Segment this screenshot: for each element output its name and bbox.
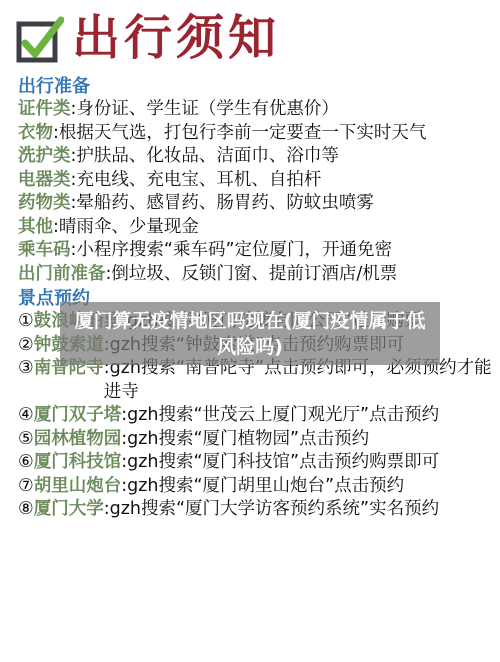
prep-item: 衣物:根据天气选，打包行李前一定要查一下实时天气 [18,122,500,146]
item-number: ③ [18,357,34,404]
prep-value: :小程序搜索“乘车码”定位厦门，开通免密 [71,240,393,260]
attraction-label: 胡里山炮台 [34,475,122,499]
prep-item: 药物类:晕船药、感冒药、肠胃药、防蚊虫喷雾 [18,192,500,216]
caption-overlay: 厦门算无疫情地区吗现在(厦门疫情属于低风险吗) [60,302,440,365]
attraction-value: :gzh搜索“厦门胡里山炮台”点击预约 [121,475,500,499]
attraction-value: :gzh搜索“厦门大学访客预约系统”实名预约 [104,498,500,522]
caption-text: 厦门算无疫情地区吗现在(厦门疫情属于低风险吗) [68,308,432,360]
attraction-item: ⑥厦门科技馆:gzh搜索“厦门科技馆”点击预约购票即可 [18,451,500,475]
item-number: ④ [18,404,34,428]
header: 出行须知 [0,0,500,72]
prep-value: :倒垃圾、反锁门窗、提前订酒店/机票 [106,264,398,284]
item-number: ⑦ [18,475,34,499]
prep-item: 其他:晴雨伞、少量现金 [18,216,500,240]
attraction-item: ⑤园林植物园:gzh搜索“厦门植物园”点击预约 [18,428,500,452]
prep-item: 出门前准备:倒垃圾、反锁门窗、提前订酒店/机票 [18,263,500,287]
attraction-label: 园林植物园 [34,428,122,452]
prep-value: :充电线、充电宝、耳机、自拍杆 [71,170,322,190]
prep-label: 证件类 [18,99,71,119]
prep-label: 衣物 [18,123,53,143]
content: 出行准备 证件类:身份证、学生证（学生有优惠价） 衣物:根据天气选，打包行李前一… [18,76,500,522]
prep-item: 证件类:身份证、学生证（学生有优惠价） [18,98,500,122]
item-number: ① [18,310,34,334]
attraction-label: 厦门大学 [34,498,104,522]
checkbox-checked-icon [16,16,64,64]
prep-item: 电器类:充电线、充电宝、耳机、自拍杆 [18,169,500,193]
prep-label: 洗护类 [18,146,71,166]
prep-value: :晴雨伞、少量现金 [53,217,199,237]
prep-value: :晕船药、感冒药、肠胃药、防蚊虫喷雾 [71,193,374,213]
prep-item: 乘车码:小程序搜索“乘车码”定位厦门，开通免密 [18,239,500,263]
prep-value: :根据天气选，打包行李前一定要查一下实时天气 [53,123,426,143]
item-number: ⑧ [18,498,34,522]
prep-label: 乘车码 [18,240,71,260]
attraction-value: :gzh搜索“厦门科技馆”点击预约购票即可 [121,451,500,475]
section-title-travel-prep: 出行准备 [18,76,500,98]
page-title: 出行须知 [72,10,280,66]
attraction-label: 厦门双子塔 [34,404,122,428]
item-number: ② [18,334,34,358]
prep-label: 出门前准备 [18,264,106,284]
attraction-item: ④厦门双子塔:gzh搜索“世茂云上厦门观光厅”点击预约 [18,404,500,428]
attraction-label: 厦门科技馆 [34,451,122,475]
prep-label: 药物类 [18,193,71,213]
item-number: ⑥ [18,451,34,475]
attraction-item: ⑧厦门大学:gzh搜索“厦门大学访客预约系统”实名预约 [18,498,500,522]
attraction-value: :gzh搜索“世茂云上厦门观光厅”点击预约 [121,404,500,428]
prep-label: 其他 [18,217,53,237]
prep-label: 电器类 [18,170,71,190]
prep-item: 洗护类:护肤品、化妆品、洁面巾、浴巾等 [18,145,500,169]
prep-value: :护肤品、化妆品、洁面巾、浴巾等 [71,146,339,166]
prep-value: :身份证、学生证（学生有优惠价） [71,99,339,119]
attraction-value: :gzh搜索“厦门植物园”点击预约 [121,428,500,452]
item-number: ⑤ [18,428,34,452]
attraction-item: ⑦胡里山炮台:gzh搜索“厦门胡里山炮台”点击预约 [18,475,500,499]
